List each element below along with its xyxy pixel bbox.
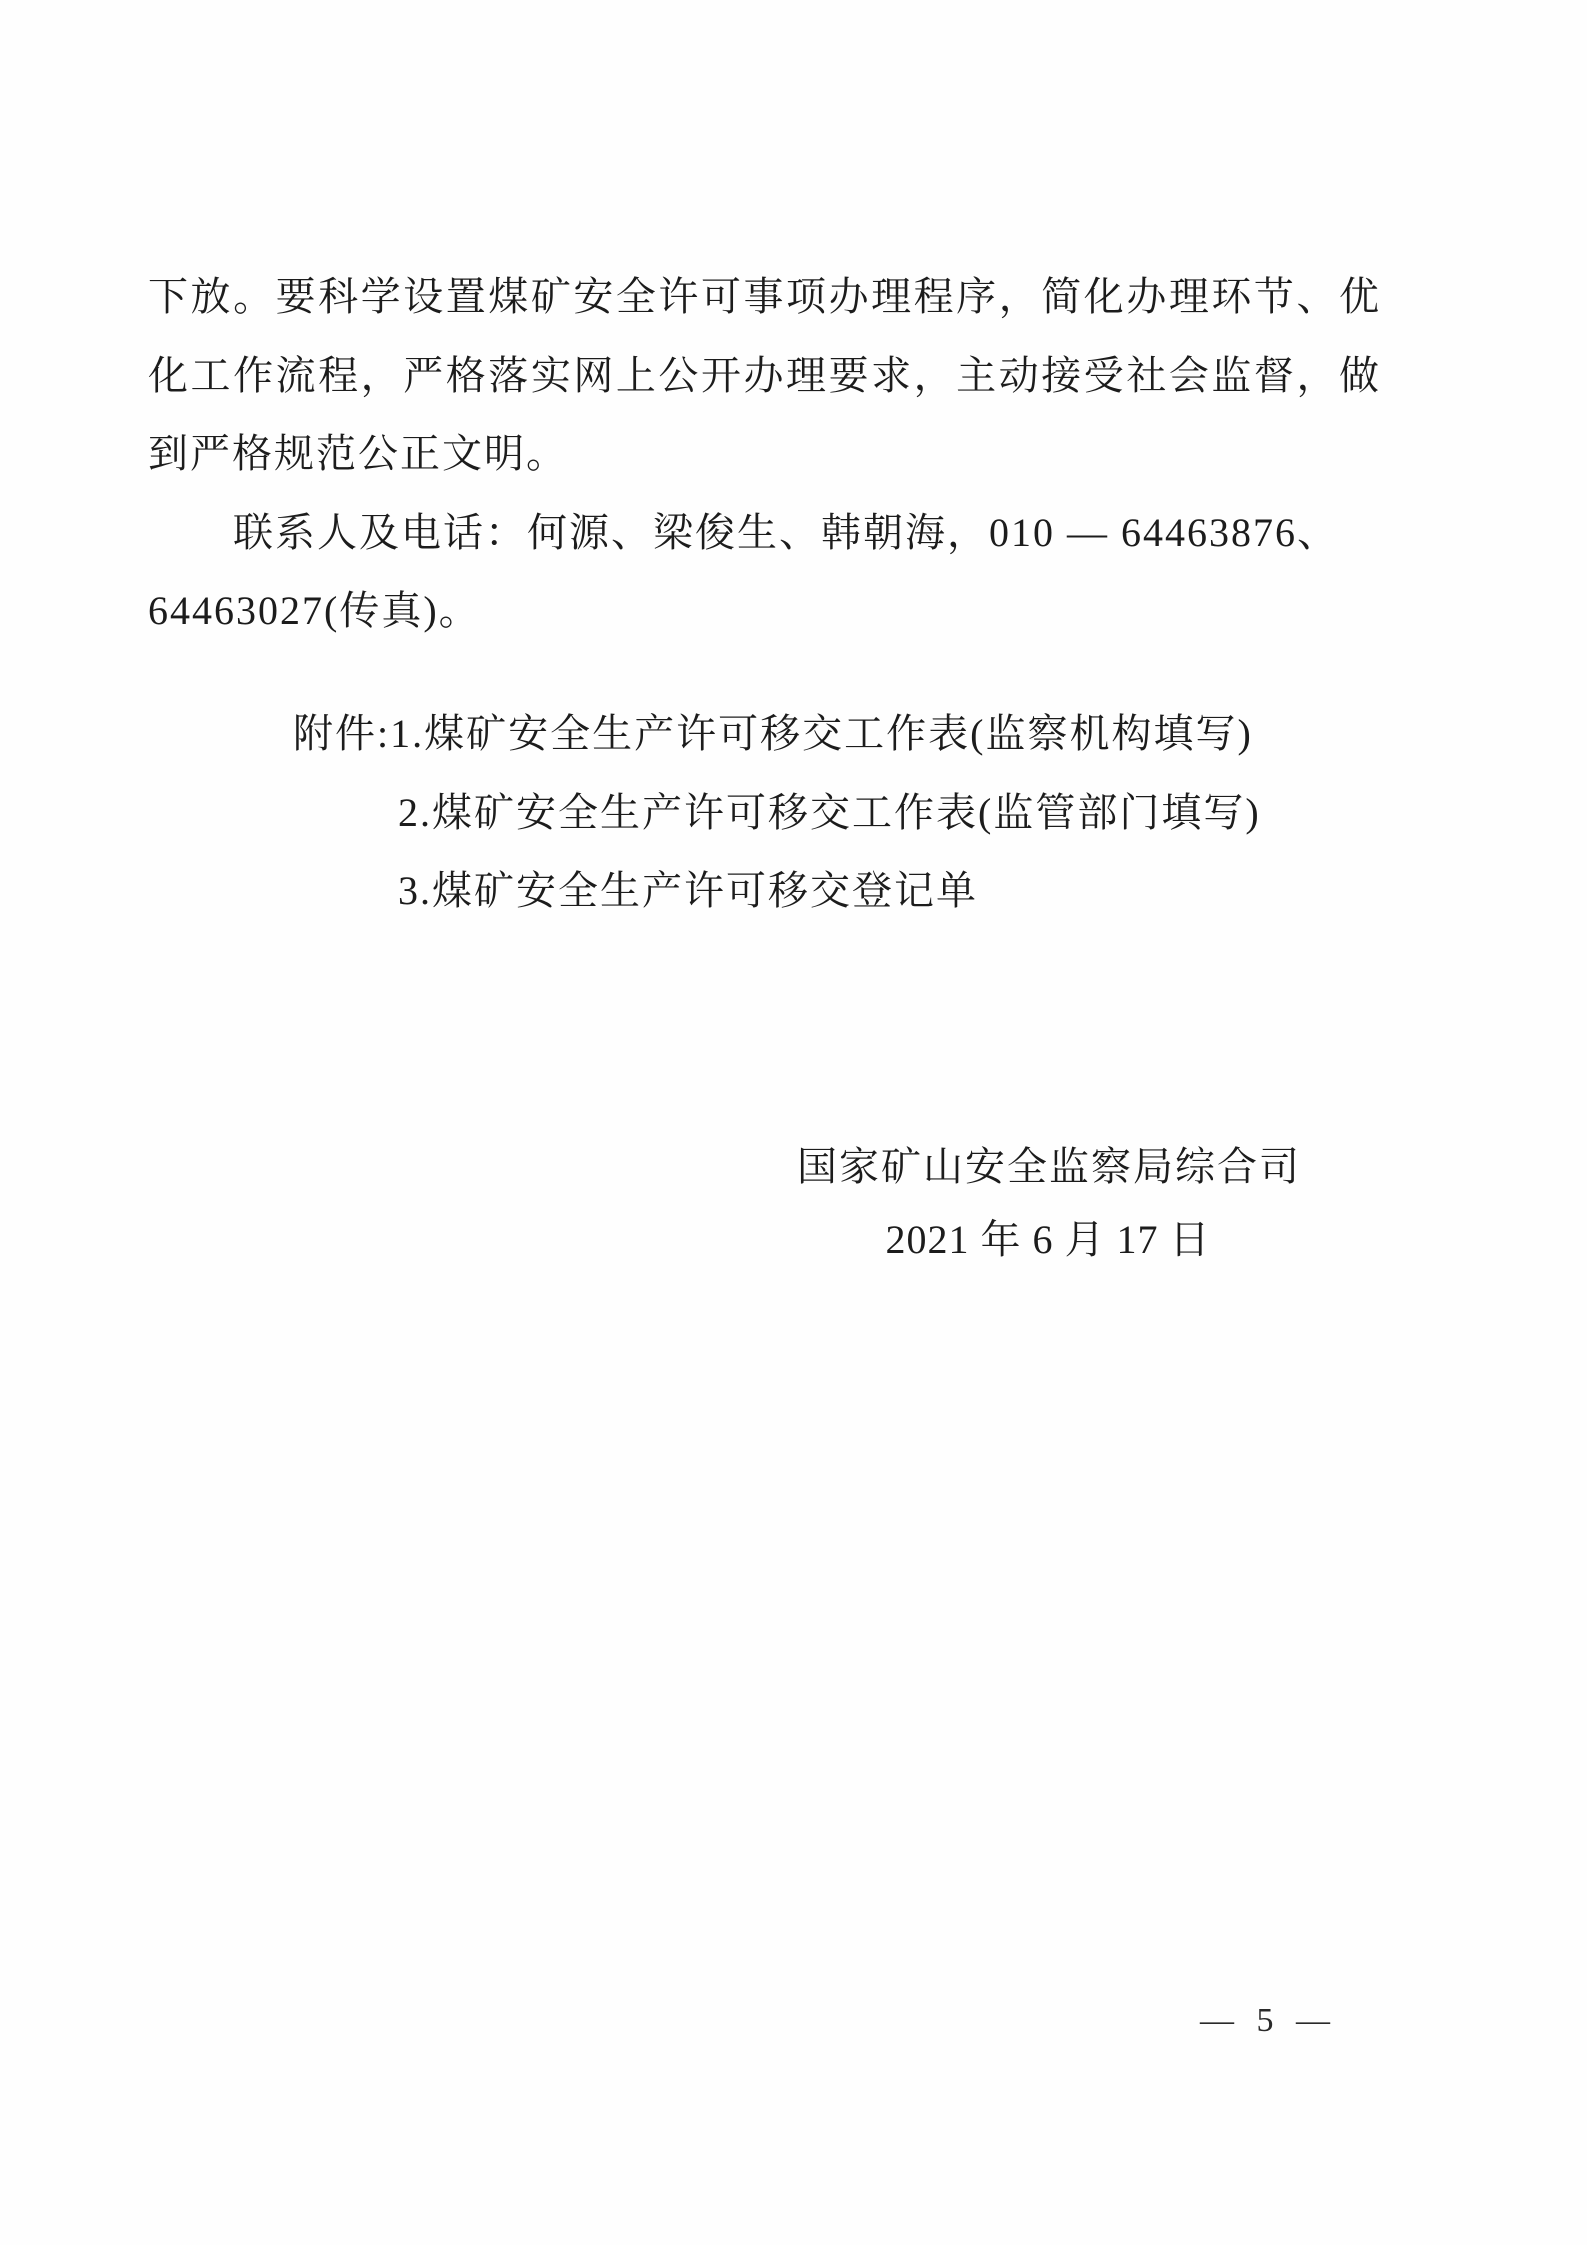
body-paragraph: 下放。要科学设置煤矿安全许可事项办理程序，简化办理环节、优 化工作流程，严格落实… [148,258,1381,651]
page-number: — 5 — [1155,2000,1375,2042]
contact-line-1: 联系人及电话：何源、梁俊生、韩朝海，010 — 64463876、 [148,494,1381,573]
paragraph-line-2: 化工作流程，严格落实网上公开办理要求，主动接受社会监督，做 [148,337,1381,416]
contact-line-2: 64463027(传真)。 [148,572,1381,651]
attachment-item-2: 2.煤矿安全生产许可移交工作表(监管部门填写) [293,774,1261,853]
signature-organization: 国家矿山安全监察局综合司 [797,1143,1299,1191]
document-page: 下放。要科学设置煤矿安全许可事项办理程序，简化办理环节、优 化工作流程，严格落实… [0,0,1587,2245]
attachment-item-3: 3.煤矿安全生产许可移交登记单 [293,852,1261,931]
attachment-item-1: 附件:1.煤矿安全生产许可移交工作表(监察机构填写) [293,695,1261,774]
paragraph-line-1: 下放。要科学设置煤矿安全许可事项办理程序，简化办理环节、优 [148,258,1381,337]
attachments-label: 附件: [293,711,390,756]
signature-date: 2021 年 6 月 17 日 [797,1216,1299,1264]
attachments-section: 附件:1.煤矿安全生产许可移交工作表(监察机构填写) 2.煤矿安全生产许可移交工… [293,695,1261,931]
attachment-item-1-text: 1.煤矿安全生产许可移交工作表(监察机构填写) [390,711,1253,756]
paragraph-line-3: 到严格规范公正文明。 [148,415,1381,494]
signature-block: 国家矿山安全监察局综合司 2021 年 6 月 17 日 [797,1143,1299,1264]
